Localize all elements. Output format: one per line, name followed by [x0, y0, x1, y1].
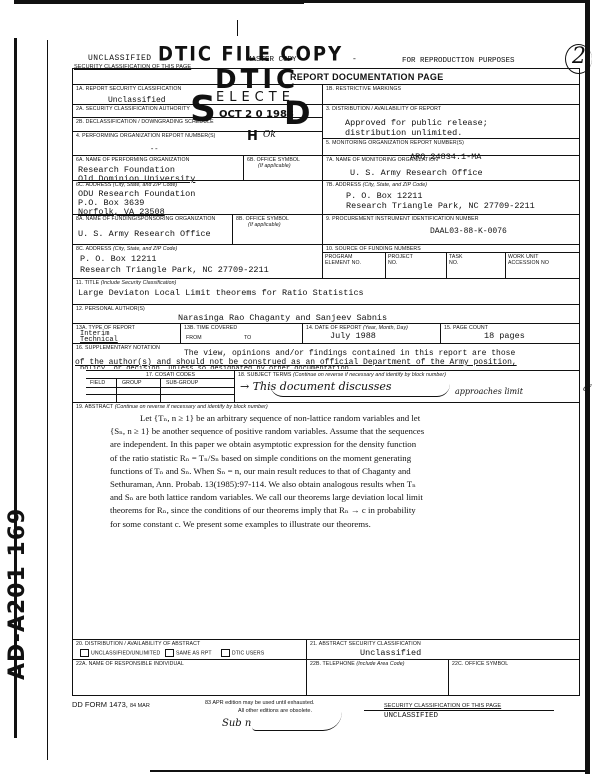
form-title: REPORT DOCUMENTATION PAGE: [290, 72, 444, 82]
divider: [160, 378, 161, 402]
label-13b: 13b. TIME COVERED: [184, 325, 237, 331]
handwriting-18-line2: approaches limit: [455, 387, 523, 396]
label-2b: 2b. DECLASSIFICATION / DOWNGRADING SCHED…: [76, 119, 214, 125]
label-10-col4: WORK UNITACCESSION NO: [508, 254, 549, 266]
label-22a: 22a. NAME OF RESPONSIBLE INDIVIDUAL: [76, 661, 184, 667]
label-15: 15. PAGE COUNT: [444, 325, 488, 331]
value-14: July 1988: [330, 331, 376, 341]
ok-mark: Ok: [263, 130, 276, 140]
divider: [322, 138, 580, 139]
value-7a: U. S. Army Research Office: [350, 168, 483, 178]
option-unclassified-unlimited: UNCLASSIFIED/UNLIMITED: [91, 650, 160, 656]
label-17-field: FIELD: [90, 380, 105, 386]
footer-security-label: SECURITY CLASSIFICATION OF THIS PAGE: [384, 703, 501, 709]
label-1a: 1a. REPORT SECURITY CLASSIFICATION: [76, 86, 181, 92]
scan-left-inner-border: [47, 40, 48, 760]
divider: [72, 304, 580, 305]
footer-security-value: UNCLASSIFIED: [384, 712, 438, 720]
label-5: 5. MONITORING ORGANIZATION REPORT NUMBER…: [326, 140, 464, 146]
abstract-line: and Sₙ are both lattice random variables…: [110, 491, 570, 504]
divider: [72, 639, 580, 640]
divider: [234, 370, 235, 402]
divider: [302, 323, 303, 343]
divider: [86, 394, 234, 395]
checkbox-unclassified-unlimited[interactable]: [80, 649, 89, 657]
value-7b-line1: P. O. Box 12211: [346, 191, 423, 201]
label-18: 18. SUBJECT TERMS (Continue on reverse i…: [238, 372, 446, 378]
label-20: 20. DISTRIBUTION / AVAILABILITY OF ABSTR…: [76, 641, 200, 647]
scan-bottom-border: [150, 770, 590, 772]
abstract-line: theorems for Rₙ, since the conditions of…: [110, 504, 570, 517]
label-4: 4. PERFORMING ORGANIZATION REPORT NUMBER…: [76, 133, 215, 139]
master-copy-label: MASTER COPY: [247, 56, 297, 64]
abstract-line: {Sₙ, n ≥ 1} be another sequence of posit…: [110, 425, 570, 438]
accession-number-stamp: AD-A201 169: [5, 440, 35, 680]
handwriting-curve: [270, 384, 450, 397]
label-8c: 8c. ADDRESS (City, State, and ZIP Code): [76, 246, 177, 252]
divider: [180, 323, 181, 343]
value-15: 18 pages: [484, 331, 525, 341]
scan-top-border-right: [300, 0, 585, 3]
divider: [72, 104, 580, 105]
divider: [243, 155, 244, 180]
value-16-line1: The view, opinions and/or findings conta…: [184, 349, 515, 358]
accession-number-text: AD-A201 169: [5, 508, 30, 680]
divider: [72, 180, 580, 181]
label-10-col3: TASKNO.: [449, 254, 463, 266]
abstract-line: Let {Tₙ, n ≥ 1} be an arbitrary sequence…: [110, 412, 570, 425]
classification-top: UNCLASSIFIED: [88, 54, 152, 63]
label-22c: 22c. OFFICE SYMBOL: [452, 661, 508, 667]
divider: [86, 370, 580, 371]
divider: [72, 244, 580, 245]
abstract-line: Sethuraman, Ann. Probab. 13(1985):97-114…: [110, 478, 570, 491]
label-10-col2: PROJECTNO.: [388, 254, 413, 266]
label-6a: 6a. NAME OF PERFORMING ORGANIZATION: [76, 157, 190, 163]
divider: [322, 252, 580, 253]
divider: [72, 155, 580, 156]
divider: [72, 323, 580, 324]
form-number: DD FORM 1473, 84 MAR: [72, 700, 150, 709]
divider: [72, 343, 580, 344]
label-11: 11. TITLE (Include Security Classificati…: [76, 280, 176, 286]
value-3-line1: Approved for public release;: [345, 118, 488, 128]
label-8a: 8a. NAME OF FUNDING/SPONSORING ORGANIZAT…: [76, 216, 236, 222]
options-20: UNCLASSIFIED/UNLIMITED SAME AS RPT DTIC …: [80, 649, 264, 657]
page-top-mark: [237, 20, 238, 36]
reproduction-purposes-label: FOR REPRODUCTION PURPOSES: [402, 57, 515, 65]
label-17-group: GROUP: [122, 380, 142, 386]
divider: [440, 323, 441, 343]
option-same-as-rpt: SAME AS RPT: [176, 650, 212, 656]
divider: [72, 659, 580, 660]
d-stamp: D: [284, 97, 311, 129]
label-7b: 7b. ADDRESS (City, State, and ZIP Code): [326, 182, 427, 188]
divider: [322, 244, 323, 278]
divider: [448, 659, 449, 696]
scan-top-border: [14, 0, 304, 4]
label-3: 3. DISTRIBUTION / AVAILABILITY OF REPORT: [326, 106, 441, 112]
handwriting-18-line3: of: [583, 384, 591, 393]
divider: [446, 252, 447, 278]
footer-security-underline: [364, 710, 554, 711]
value-11: Large Deviaton Local Limit theorems for …: [78, 288, 364, 298]
divider: [505, 252, 506, 278]
value-8c-line2: Research Triangle Park, NC 27709-2211: [80, 265, 269, 275]
divider: [72, 278, 580, 279]
divider: [232, 214, 233, 244]
divider: [116, 378, 117, 402]
label-13b-from: FROM: [186, 335, 202, 341]
label-6c: 6c. ADDRESS (City, State, and ZIP Code): [76, 182, 177, 188]
form-title-text: REPORT DOCUMENTATION PAGE: [290, 72, 444, 82]
divider: [86, 387, 234, 388]
header-dash: -: [352, 55, 357, 64]
sublabel-8b: (If applicable): [248, 222, 281, 228]
handwriting-swoosh: [252, 712, 342, 731]
value-8c-line1: P. O. Box 12211: [80, 254, 157, 264]
label-16: 16. SUPPLEMENTARY NOTATION: [76, 345, 160, 351]
sublabel-6b: (If applicable): [258, 163, 291, 169]
abstract-line: functions of Tₙ and Sₙ. When Sₙ = n, our…: [110, 465, 570, 478]
checkbox-dtic-users[interactable]: [221, 649, 230, 657]
divider: [385, 252, 386, 278]
divider: [306, 639, 307, 696]
label-22b: 22b. TELEPHONE (Include Area Code): [310, 661, 405, 667]
abstract-line: of the ratio statistic Rₙ = Tₙ/Sₙ based …: [110, 452, 570, 465]
label-9: 9. PROCUREMENT INSTRUMENT IDENTIFICATION…: [326, 216, 479, 222]
label-17-subgroup: SUB-GROUP: [166, 380, 198, 386]
abstract-line: are independent. In this paper we obtain…: [110, 438, 570, 451]
abstract-text: Let {Tₙ, n ≥ 1} be an arbitrary sequence…: [110, 412, 570, 531]
handwriting-sub-n: Sub n: [222, 718, 251, 729]
divider: [72, 131, 322, 132]
label-12: 12. PERSONAL AUTHOR(S): [76, 306, 145, 312]
label-2a: 2a. SECURITY CLASSIFICATION AUTHORITY: [76, 106, 190, 112]
checkbox-same-as-rpt[interactable]: [165, 649, 174, 657]
divider: [72, 84, 580, 85]
abstract-line: for some constant c. We present some exa…: [110, 518, 570, 531]
label-1b: 1b. RESTRICTIVE MARKINGS: [326, 86, 401, 92]
label-7a: 7a. NAME OF MONITORING ORGANIZATION: [326, 157, 438, 163]
divider: [72, 402, 580, 403]
label-13b-to: TO: [244, 335, 251, 341]
divider: [322, 84, 323, 244]
edition-note-1: 83 APR edition may be used until exhaust…: [205, 700, 314, 706]
dtic-stamp: DTIC: [215, 68, 299, 92]
value-8a: U. S. Army Research Office: [78, 229, 211, 239]
label-21: 21. ABSTRACT SECURITY CLASSIFICATION: [310, 641, 421, 647]
divider: [72, 117, 322, 118]
value-9: DAAL03-88-K-0076: [430, 227, 507, 236]
label-19: 19. ABSTRACT (Continue on reverse if nec…: [76, 404, 268, 410]
value-7b-line2: Research Triangle Park, NC 27709-2211: [346, 201, 535, 211]
divider: [72, 214, 580, 215]
option-dtic-users: DTIC USERS: [232, 650, 264, 656]
value-4: --: [150, 146, 158, 154]
value-12: Narasinga Rao Chaganty and Sanjeev Sabni…: [178, 313, 387, 323]
h-mark: H: [247, 129, 258, 144]
value-3-line2: distribution unlimited.: [345, 128, 462, 138]
value-21: Unclassified: [360, 648, 421, 658]
label-10-col1: PROGRAMELEMENT NO.: [325, 254, 361, 266]
